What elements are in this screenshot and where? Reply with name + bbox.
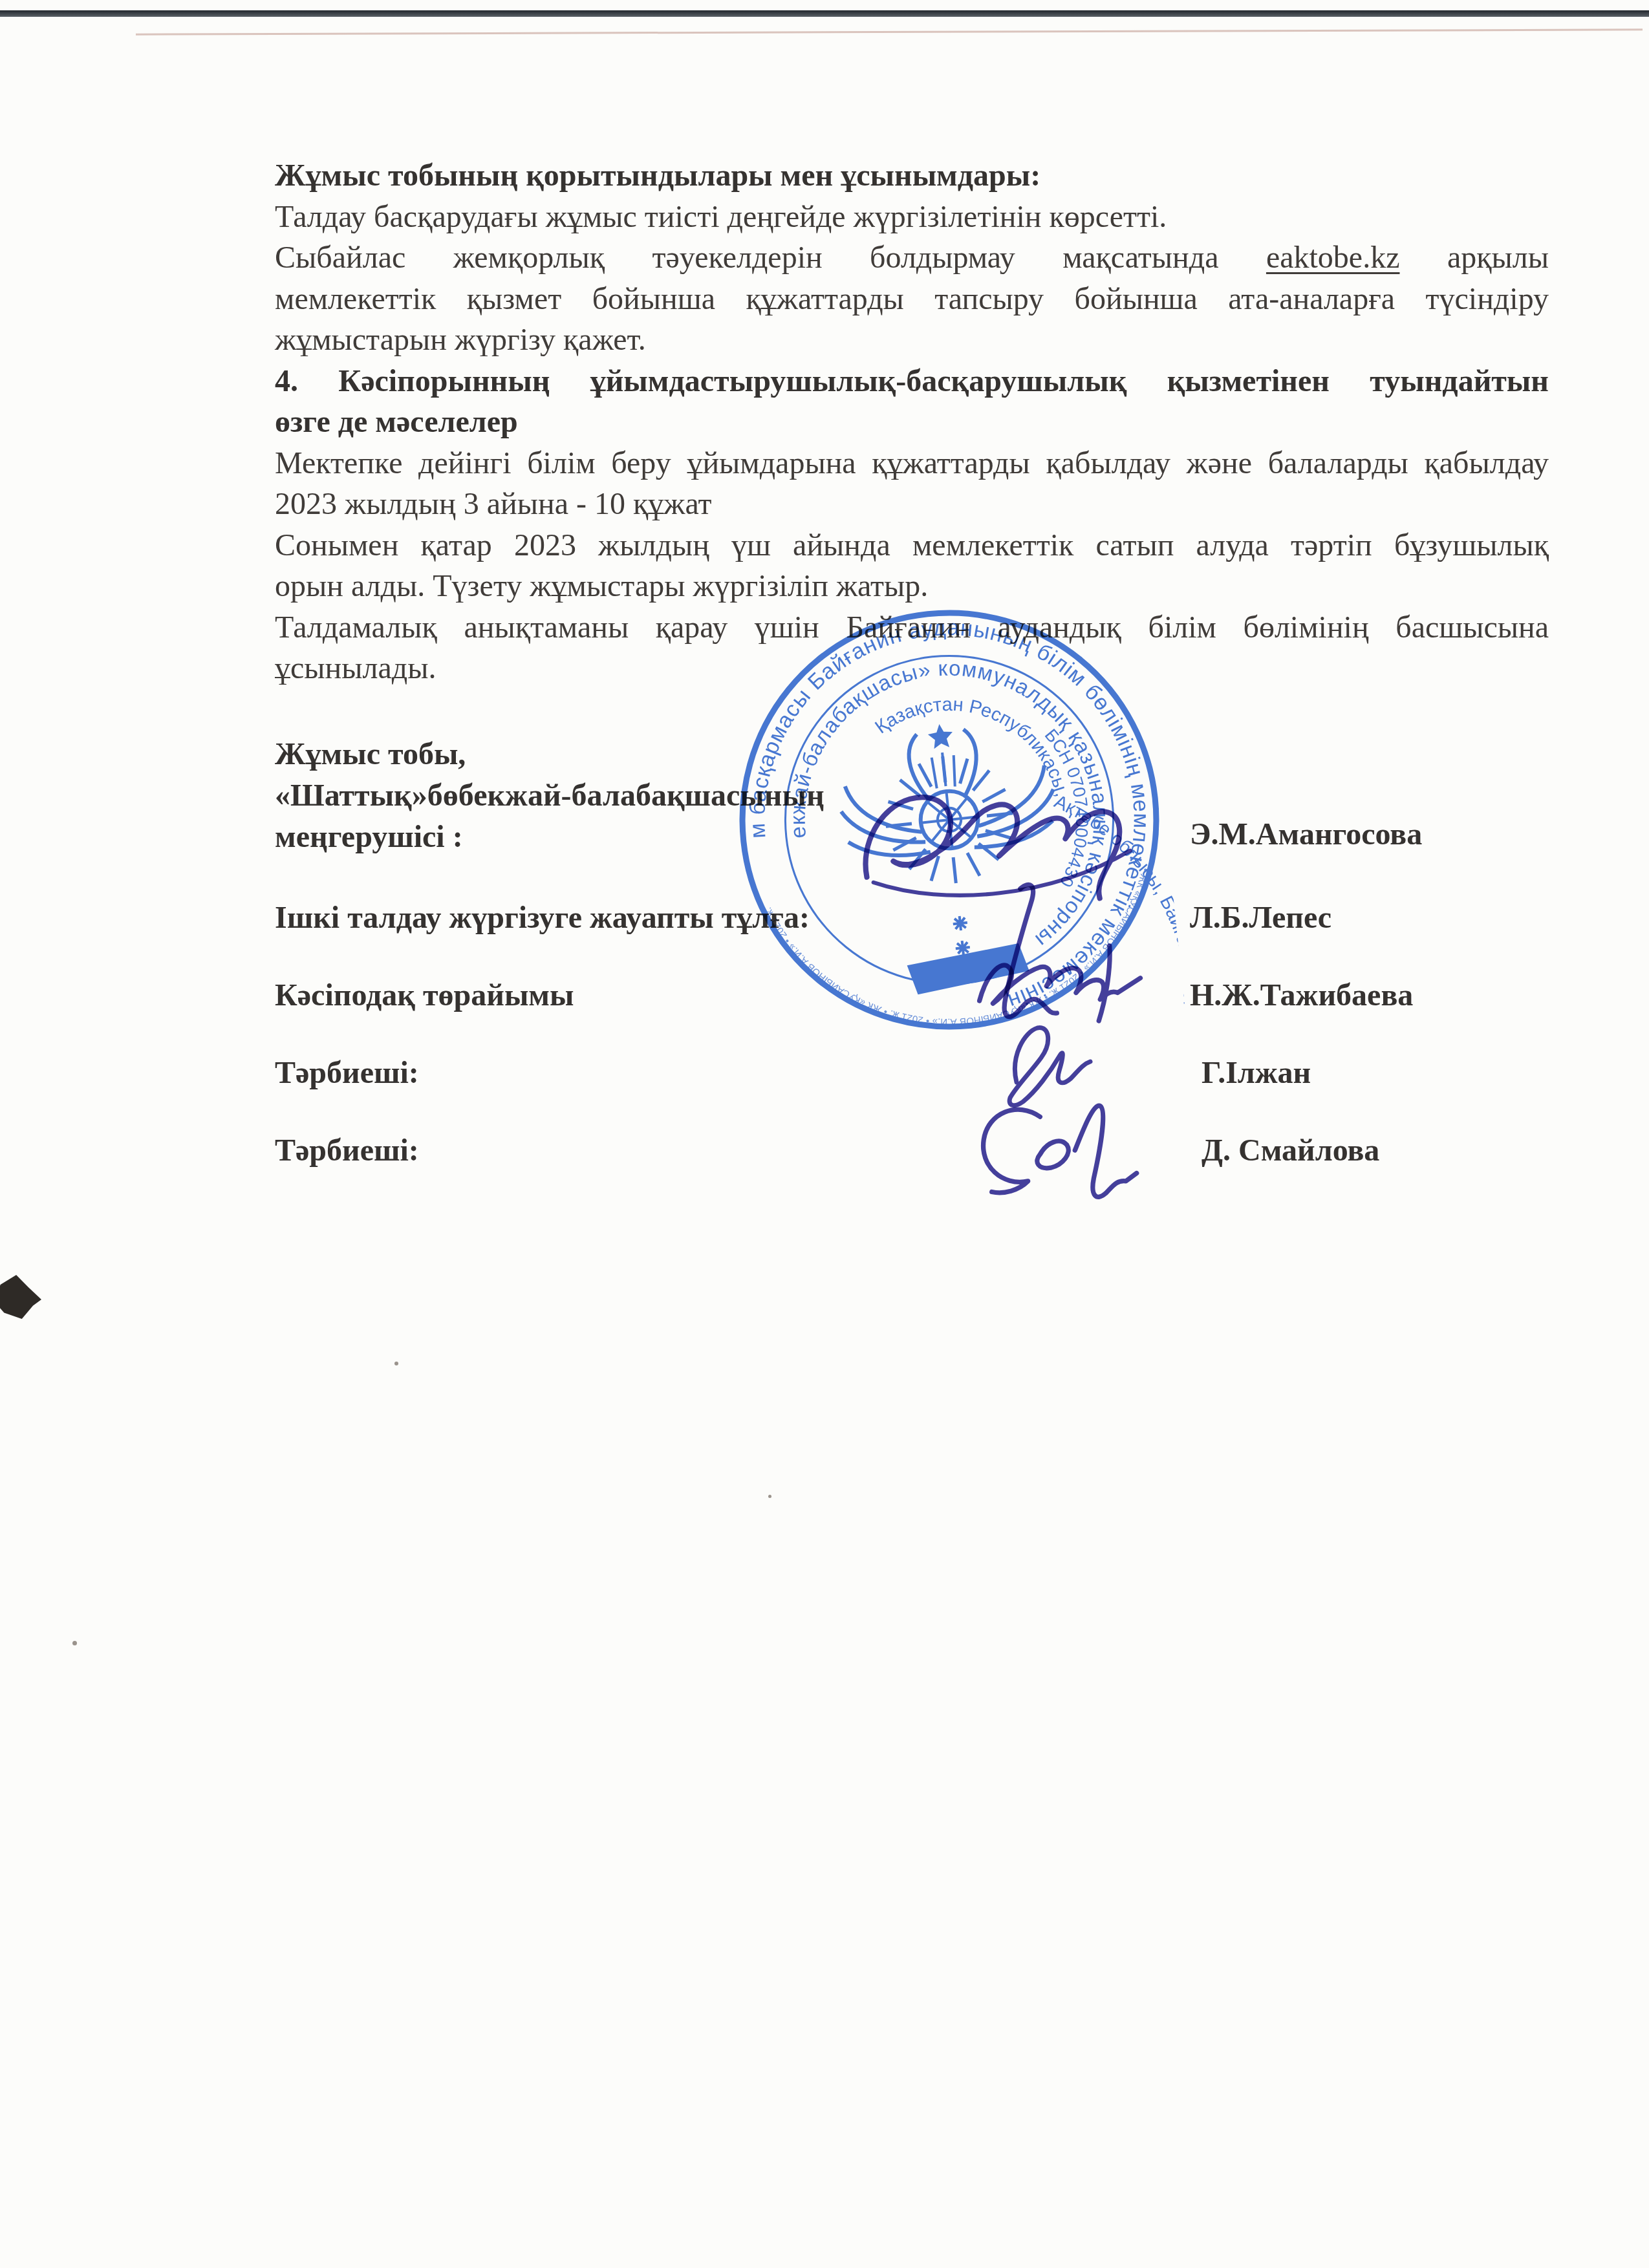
scan-speck xyxy=(72,1641,77,1645)
signatory-label: Тәрбиеші: xyxy=(275,1133,419,1168)
section-title: Кәсіпорынның ұйымдастырушылық-басқарушыл… xyxy=(338,364,1549,398)
paragraph-line: Сонымен қатар 2023 жылдың үш айында мемл… xyxy=(275,525,1549,566)
signatory-name: Г.Ілжан xyxy=(1202,1055,1311,1091)
scanned-document-page: Жұмыс тобының қорытындылары мен ұсынымда… xyxy=(0,0,1649,2268)
signature-smailova xyxy=(961,1091,1142,1201)
section-4-heading-cont: өзге де мәселелер xyxy=(275,401,1549,443)
paragraph-line: мемлекеттік қызмет бойынша құжаттарды та… xyxy=(275,279,1549,320)
paragraph-line: Талдау басқарудағы жұмыс тиісті деңгейде… xyxy=(275,197,1549,238)
signatory-label: Кәсіподақ төрайымы xyxy=(275,978,574,1013)
ink-blob-artifact xyxy=(0,1275,41,1319)
section-4-heading: 4. Кәсіпорынның ұйымдастырушылық-басқару… xyxy=(275,361,1549,402)
section-heading: Жұмыс тобының қорытындылары мен ұсынымда… xyxy=(275,155,1549,197)
signatory-name: Э.М.Амангосова xyxy=(1190,817,1422,852)
signatory-name: Н.Ж.Тажибаева xyxy=(1190,978,1413,1013)
signatory-name: Д. Смайлова xyxy=(1202,1133,1379,1168)
section-number: 4. xyxy=(275,364,298,398)
scan-edge-artifact xyxy=(0,10,1649,17)
paragraph-text: арқылы xyxy=(1447,241,1549,275)
eaktobe-link: eaktobe.kz xyxy=(1266,241,1400,275)
signatory-label: Ішкі талдау жүргізуге жауапты тұлға: xyxy=(275,900,810,936)
paragraph-line: орын алды. Түзету жұмыстары жүргізіліп ж… xyxy=(275,566,1549,607)
paragraph-line: 2023 жылдың 3 айына - 10 құжат xyxy=(275,484,1549,525)
paragraph-line: Сыбайлас жемқорлық тәуекелдерін болдырма… xyxy=(275,237,1549,279)
scan-speck xyxy=(768,1495,771,1498)
scan-speck xyxy=(394,1362,398,1365)
signatory-label: Тәрбиеші: xyxy=(275,1055,419,1091)
paragraph-text: Сыбайлас жемқорлық тәуекелдерін болдырма… xyxy=(275,241,1218,275)
scan-line-artifact xyxy=(136,28,1643,35)
paragraph-line: жұмыстарын жүргізу қажет. xyxy=(275,319,1549,361)
signatory-name: Л.Б.Лепес xyxy=(1190,900,1331,936)
paragraph-line: Мектепке дейінгі білім беру ұйымдарына қ… xyxy=(275,443,1549,484)
